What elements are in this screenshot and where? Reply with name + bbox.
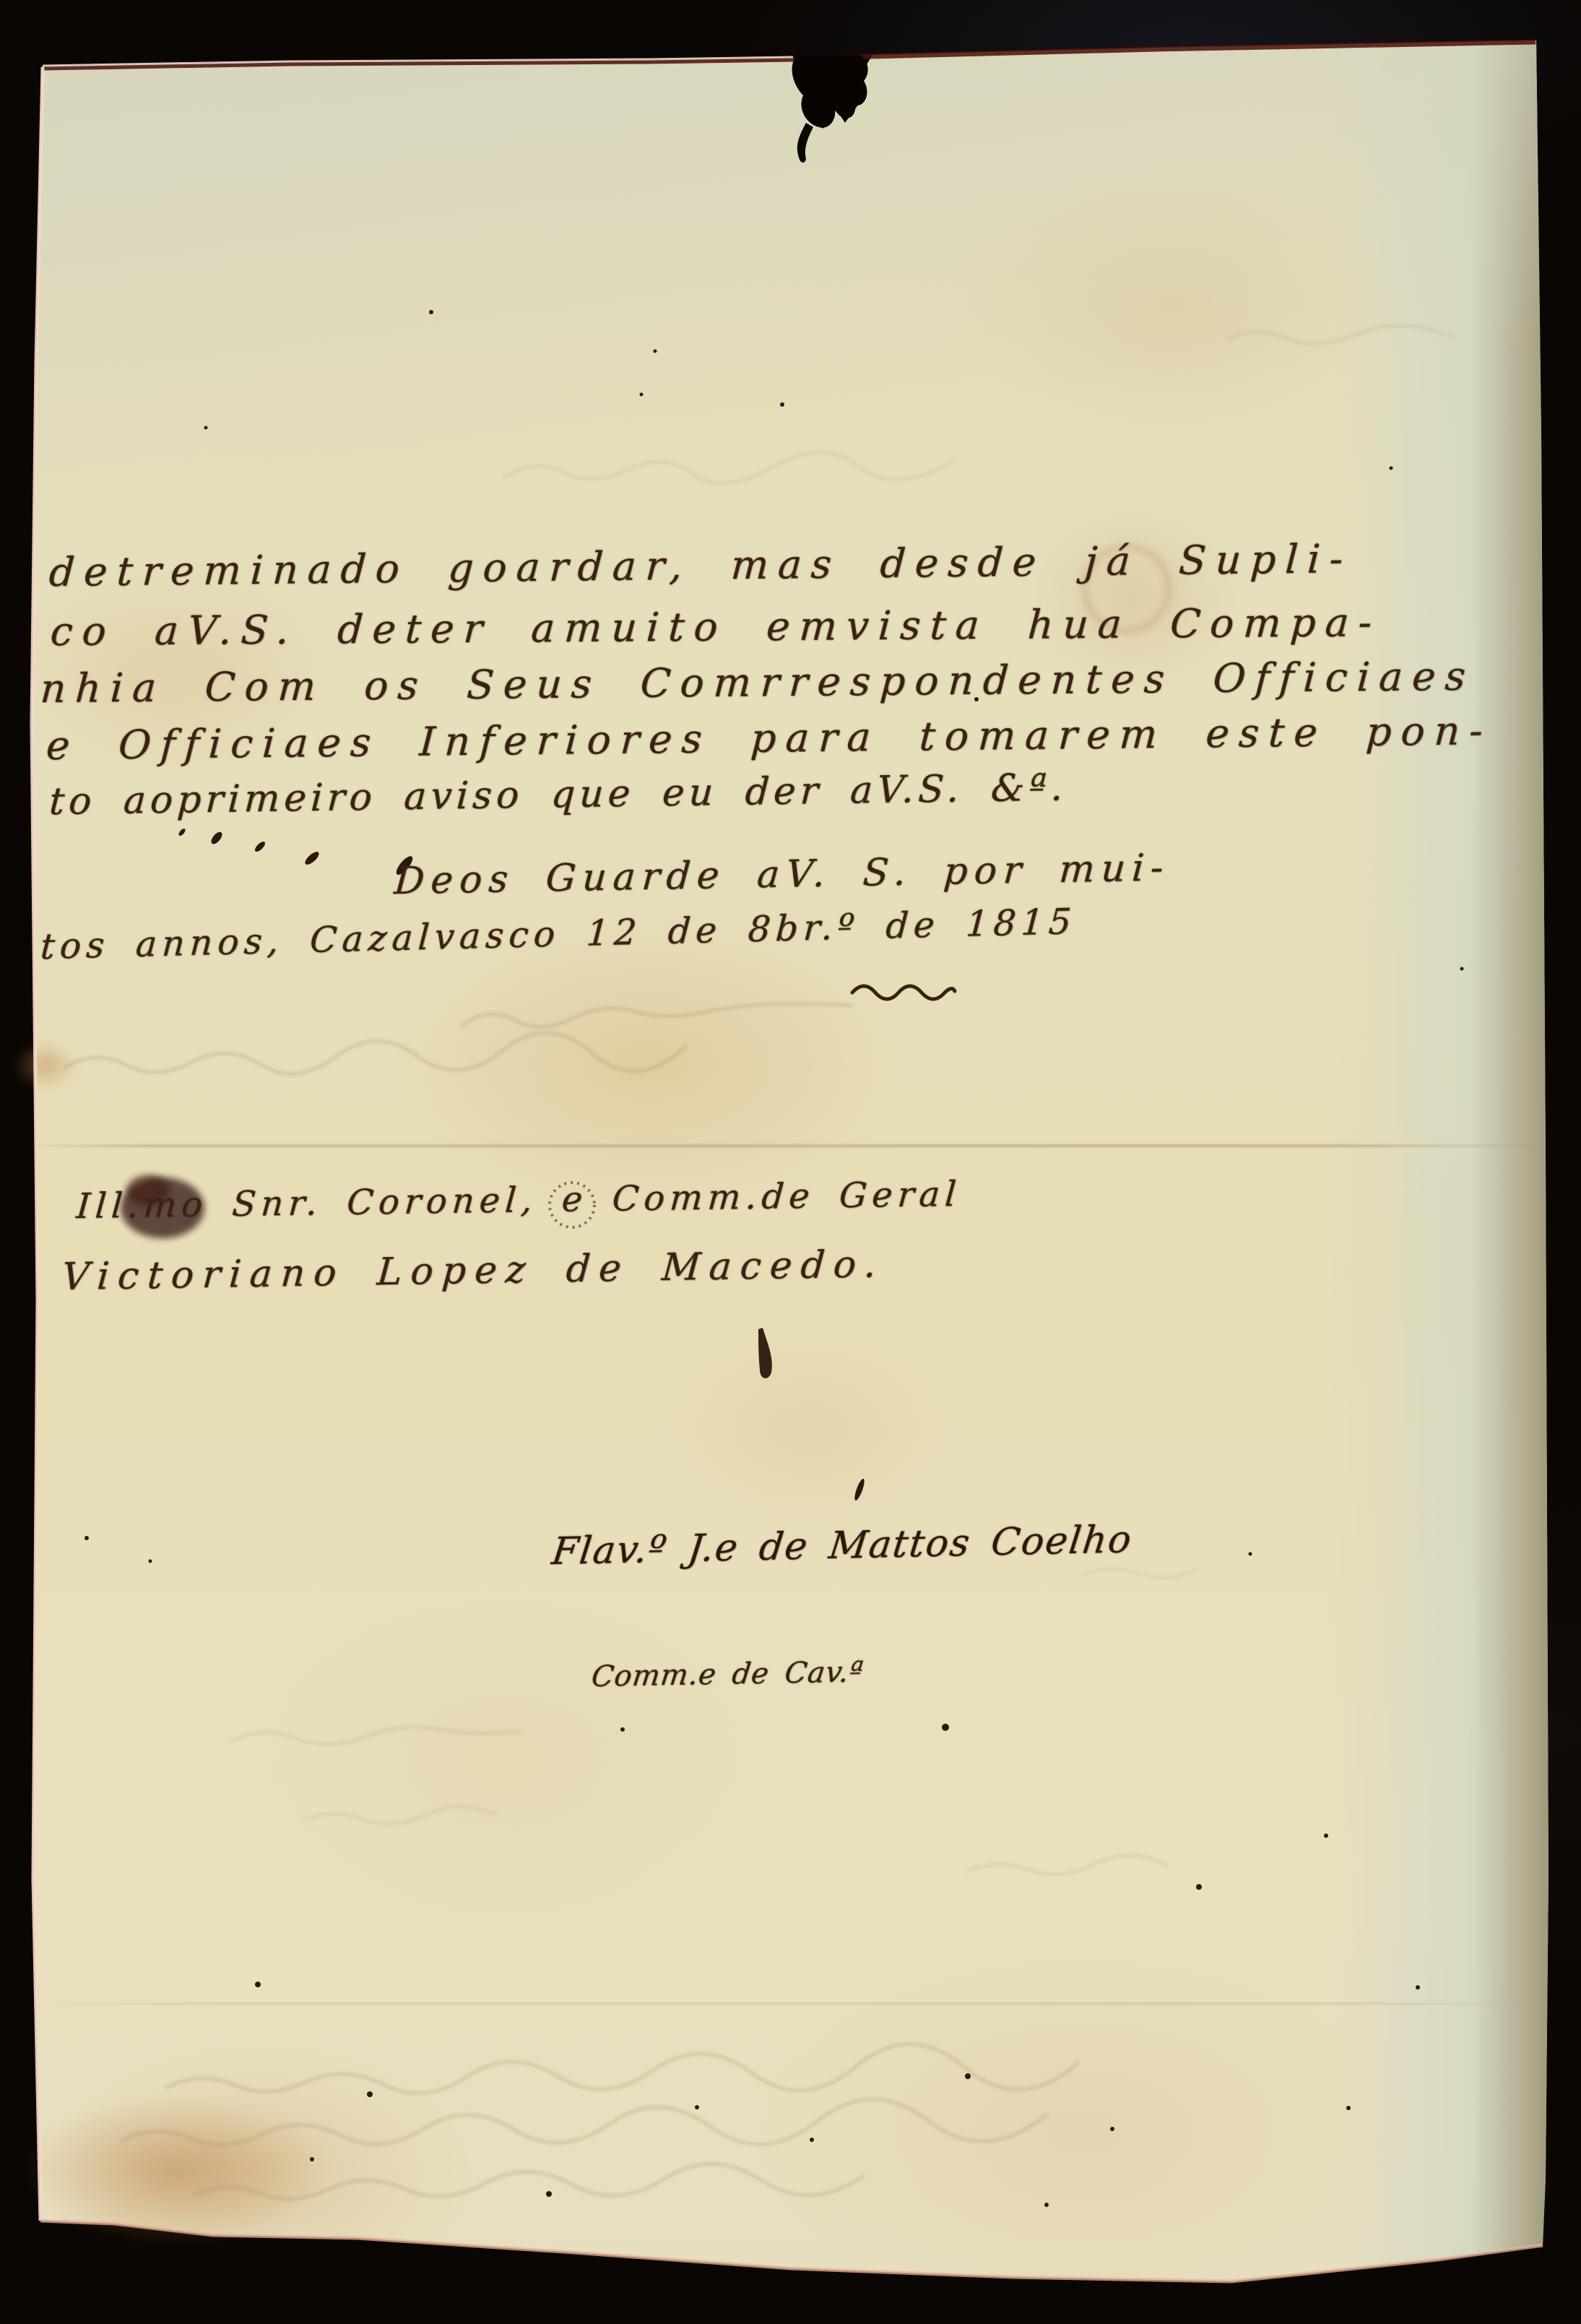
handwritten-line-2: co aV.S. deter amuito emvista hua Compa- bbox=[49, 599, 1382, 655]
ink-drip bbox=[758, 1328, 772, 1378]
underline-flourish bbox=[852, 986, 955, 999]
signature-title: Comm.e de Cav.ª bbox=[589, 1655, 865, 1693]
photographed-manuscript: detreminado goardar, mas desde já Supli-… bbox=[0, 0, 1581, 2324]
paper-tear bbox=[792, 55, 868, 128]
paper-tear-tail bbox=[797, 123, 813, 163]
bottom-edge-highlight bbox=[40, 2221, 1543, 2281]
top-edge-shadow bbox=[43, 42, 1535, 68]
left-edge-highlight bbox=[32, 67, 43, 2221]
photo-detail-overlay bbox=[0, 0, 1581, 2324]
